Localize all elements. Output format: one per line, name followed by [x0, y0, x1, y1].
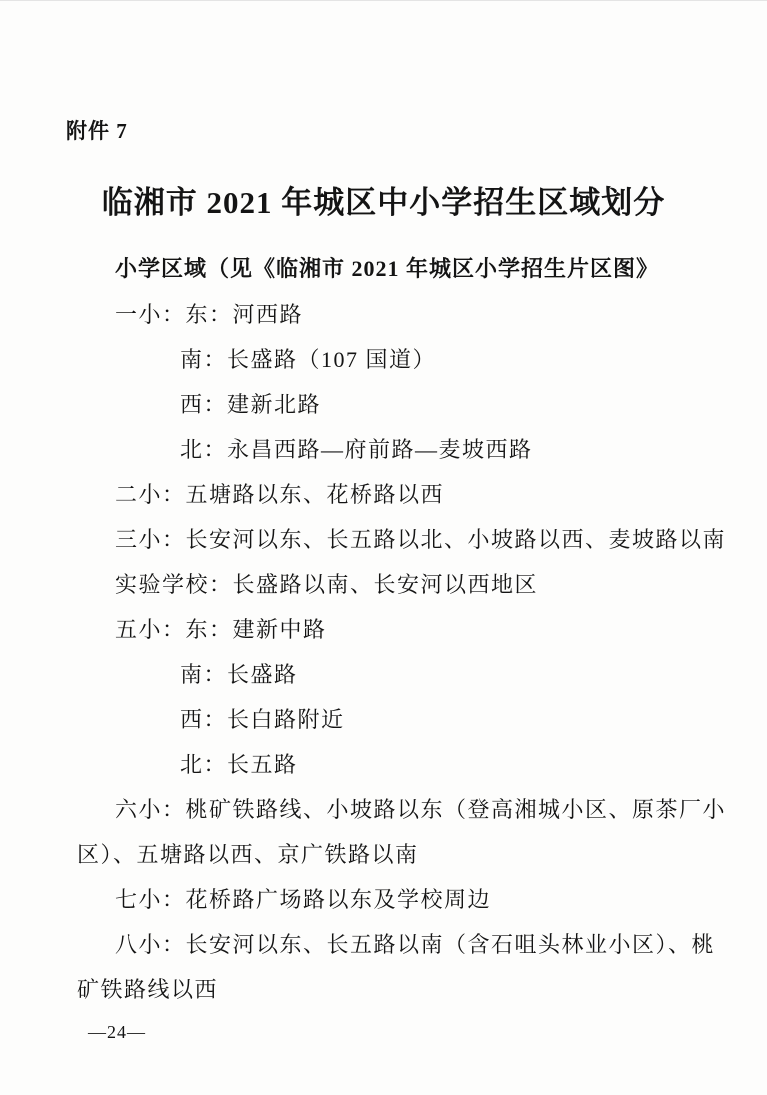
district-line: 南：长盛路: [77, 652, 717, 697]
district-line: 六小：桃矿铁路线、小坡路以东（登高湘城小区、原茶厂小: [77, 787, 717, 832]
district-line: 八小：长安河以东、长五路以南（含石咀头林业小区）、桃: [77, 922, 717, 967]
district-line: 西：长白路附近: [77, 697, 717, 742]
district-line: 二小：五塘路以东、花桥路以西: [77, 472, 717, 517]
page-number: —24—: [88, 1022, 146, 1043]
document-page: 附件 7 临湘市 2021 年城区中小学招生区域划分 小学区域（见《临湘市 20…: [0, 0, 767, 1095]
section-heading: 小学区域（见《临湘市 2021 年城区小学招生片区图》: [115, 252, 659, 283]
district-line: 西：建新北路: [77, 382, 717, 427]
page-title: 临湘市 2021 年城区中小学招生区域划分: [0, 177, 767, 222]
district-line: 七小：花桥路广场路以东及学校周边: [77, 877, 717, 922]
district-line: 北：永昌西路—府前路—麦坡西路: [77, 427, 717, 472]
district-line: 五小：东：建新中路: [77, 607, 717, 652]
district-line: 矿铁路线以西: [77, 967, 717, 1012]
district-line: 区）、五塘路以西、京广铁路以南: [77, 832, 717, 877]
district-line: 实验学校：长盛路以南、长安河以西地区: [77, 562, 717, 607]
attachment-label: 附件 7: [66, 115, 128, 145]
district-line: 北：长五路: [77, 742, 717, 787]
district-line: 一小：东：河西路: [77, 292, 717, 337]
district-line: 南：长盛路（107 国道）: [77, 337, 717, 382]
district-line: 三小：长安河以东、长五路以北、小坡路以西、麦坡路以南: [77, 517, 717, 562]
district-list: 一小：东：河西路南：长盛路（107 国道）西：建新北路北：永昌西路—府前路—麦坡…: [77, 292, 717, 1012]
